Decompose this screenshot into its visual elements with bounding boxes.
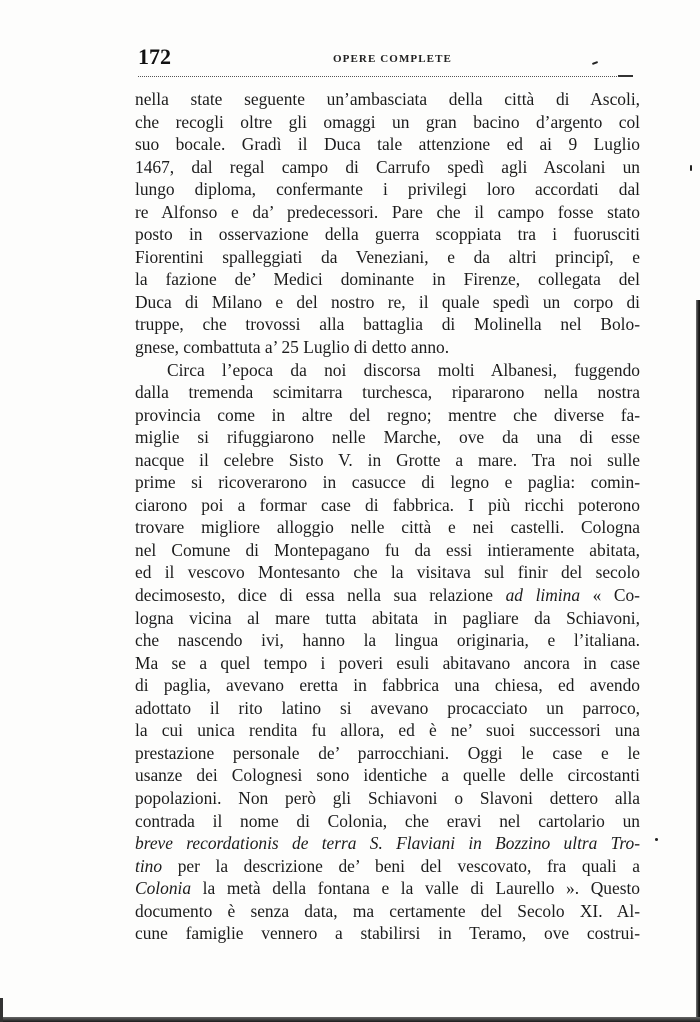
text-line: posto in osservazione della guerra scopp… bbox=[135, 223, 640, 246]
text-line: 1467, dal regal campo di Carrufo spedì a… bbox=[135, 156, 640, 179]
text-line: dalla tremenda scimitarra turchesca, rip… bbox=[135, 381, 640, 404]
text-line: la cui unica rendita fu allora, ed è ne’… bbox=[135, 719, 640, 742]
text-line: usanze dei Colognesi sono identiche a qu… bbox=[135, 764, 640, 787]
running-title: OPERE COMPLETE bbox=[333, 53, 452, 65]
page-right-edge-shadow bbox=[696, 300, 700, 1022]
text-line: Fiorentini spalleggiati da Veneziani, e … bbox=[135, 246, 640, 269]
page-bottom-edge-shadow bbox=[2, 1017, 700, 1022]
text-line: provincia come in altre del regno; mentr… bbox=[135, 404, 640, 427]
text-line: contrada il nome di Colonia, che eravi n… bbox=[135, 810, 640, 833]
page-number: 172 bbox=[138, 44, 171, 70]
text-line: che recogli oltre gli omaggi un gran bac… bbox=[135, 111, 640, 134]
text-line: che nascendo ivi, hanno la lingua origin… bbox=[135, 629, 640, 652]
paragraph-start-line: Circa l’epoca da noi discorsa molti Alba… bbox=[135, 359, 640, 382]
italic-latin-term: ad limina bbox=[506, 585, 580, 605]
italic-latin-term: tino bbox=[135, 856, 162, 876]
text-line: Ma se a quel tempo i poveri esuli abitav… bbox=[135, 652, 640, 675]
text-line-with-italic: decimosesto, dice di essa nella sua rela… bbox=[135, 584, 640, 607]
text-line: nel Comune di Montepagano fu da essi int… bbox=[135, 539, 640, 562]
italic-latin-line: breve recordationis de terra S. Flaviani… bbox=[135, 832, 640, 855]
text-line: cune famiglie vennero a stabilirsi in Te… bbox=[135, 922, 640, 945]
text-segment: decimosesto, dice di essa nella sua rela… bbox=[135, 585, 493, 605]
text-segment: per la descrizione de’ beni del vescovat… bbox=[178, 856, 640, 876]
text-segment: « Co- bbox=[593, 585, 640, 605]
text-line: popolazioni. Non però gli Schiavoni o Sl… bbox=[135, 787, 640, 810]
scan-speck bbox=[690, 165, 692, 171]
text-line: prime si ricoverarono in casucce di legn… bbox=[135, 471, 640, 494]
body-text: nella state seguente un’ambasciata della… bbox=[135, 88, 640, 945]
italic-place-name: Colonia bbox=[135, 878, 191, 898]
text-line: di paglia, avevano eretta in fabbrica un… bbox=[135, 674, 640, 697]
text-line: Duca di Milano e del nostro re, il quale… bbox=[135, 291, 640, 314]
text-line: ciarono poi a formar case di fabbrica. I… bbox=[135, 494, 640, 517]
text-line: suo bocale. Gradì il Duca tale attenzion… bbox=[135, 133, 640, 156]
text-segment: la metà della fontana e la valle di Laur… bbox=[203, 878, 640, 898]
text-line: lungo diploma, confermante i privilegi l… bbox=[135, 178, 640, 201]
page-left-edge-shadow bbox=[0, 998, 3, 1022]
text-line: documento è senza data, ma certamente de… bbox=[135, 900, 640, 923]
text-line-with-italic: tino per la descrizione de’ beni del ves… bbox=[135, 855, 640, 878]
text-line: prestazione personale de’ parrocchiani. … bbox=[135, 742, 640, 765]
scan-speck bbox=[655, 838, 658, 841]
text-line: ed il vescovo Montesanto che la visitava… bbox=[135, 561, 640, 584]
text-line: adottato il rito latino si avevano proca… bbox=[135, 697, 640, 720]
scanned-book-page: 172 OPERE COMPLETE nella state seguente … bbox=[0, 0, 700, 1022]
text-line-with-italic: Colonia la metà della fontana e la valle… bbox=[135, 877, 640, 900]
text-line: nacque il celebre Sisto V. in Grotte a m… bbox=[135, 449, 640, 472]
page-header: 172 OPERE COMPLETE bbox=[138, 44, 638, 74]
header-rule-end-mark bbox=[618, 75, 633, 77]
text-line: logna vicina al mare tutta abitata in pa… bbox=[135, 607, 640, 630]
text-line: truppe, che trovossi alla battaglia di M… bbox=[135, 313, 640, 336]
header-dotted-rule bbox=[138, 76, 633, 77]
paragraph-end-line: gnese, combattuta a’ 25 Luglio di detto … bbox=[135, 336, 640, 359]
text-line: re Alfonso e da’ predecessori. Pare che … bbox=[135, 201, 640, 224]
text-line: trovare migliore alloggio nelle città e … bbox=[135, 516, 640, 539]
text-line: miglie si rifuggiarono nelle Marche, ove… bbox=[135, 426, 640, 449]
text-line: nella state seguente un’ambasciata della… bbox=[135, 88, 640, 111]
text-line: la fazione de’ Medici dominante in Firen… bbox=[135, 268, 640, 291]
